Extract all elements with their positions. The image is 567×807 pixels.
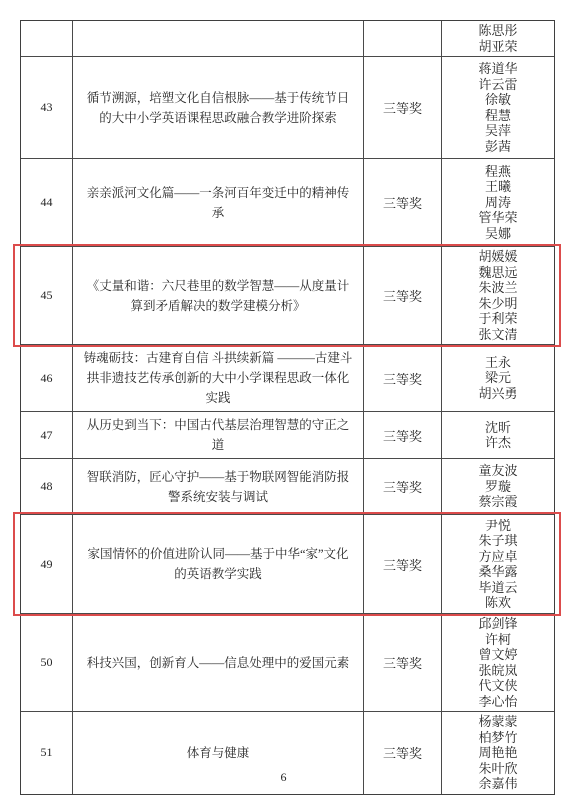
member-names: 胡媛媛魏思远朱波兰朱少明于利荣张文清 <box>441 247 554 344</box>
member-name: 胡亚荣 <box>478 39 517 55</box>
member-names: 陈思彤胡亚荣 <box>441 21 554 56</box>
member-names: 王永梁元胡兴勇 <box>441 345 554 411</box>
project-title <box>72 21 363 56</box>
table-row: 44 亲亲派河文化篇——一条河百年变迁中的精神传承 三等奖 程燕王曦周涛管华荣吴… <box>21 158 554 246</box>
award-table: 陈思彤胡亚荣 43 循节溯源，培塑文化自信根脉——基于传统节日的大中小学英语课程… <box>20 20 555 795</box>
award-level: 三等奖 <box>363 412 441 458</box>
member-name: 吴萍 <box>485 123 511 139</box>
table-row: 48 智联消防，匠心守护——基于物联网智能消防报警系统安装与调试 三等奖 童友波… <box>21 458 554 514</box>
row-number: 48 <box>21 459 72 514</box>
award-level: 三等奖 <box>363 614 441 711</box>
project-title: 循节溯源，培塑文化自信根脉——基于传统节日的大中小学英语课程思政融合教学进阶探索 <box>72 57 363 158</box>
member-name: 许柯 <box>485 632 511 648</box>
table-row: 43 循节溯源，培塑文化自信根脉——基于传统节日的大中小学英语课程思政融合教学进… <box>21 56 554 158</box>
table-row: 50 科技兴国，创新育人——信息处理中的爱国元素 三等奖 邱剑锋许柯曾文婷张皖岚… <box>21 613 554 711</box>
member-name: 沈昕 <box>485 420 511 436</box>
member-name: 胡媛媛 <box>478 249 517 265</box>
member-names: 尹悦朱子琪方应卓桑华露毕道云陈欢 <box>441 515 554 613</box>
member-name: 彭茜 <box>485 139 511 155</box>
member-name: 尹悦 <box>485 518 511 534</box>
member-names: 沈昕许杰 <box>441 412 554 458</box>
table-row-highlighted: 49 家国情怀的价值进阶认同——基于中华“家”文化的英语教学实践 三等奖 尹悦朱… <box>21 514 554 613</box>
member-name: 程慧 <box>485 108 511 124</box>
member-name: 柏梦竹 <box>478 730 517 746</box>
member-name: 蒋道华 <box>478 61 517 77</box>
member-name: 朱子琪 <box>478 533 517 549</box>
member-name: 毕道云 <box>478 580 517 596</box>
project-title: 从历史到当下：中国古代基层治理智慧的守正之道 <box>72 412 363 458</box>
member-name: 周涛 <box>485 195 511 211</box>
award-level: 三等奖 <box>363 57 441 158</box>
award-level: 三等奖 <box>363 247 441 344</box>
member-name: 桑华露 <box>478 564 517 580</box>
member-name: 朱波兰 <box>478 280 517 296</box>
row-number: 43 <box>21 57 72 158</box>
member-names: 蒋道华许云雷徐敏程慧吴萍彭茜 <box>441 57 554 158</box>
member-name: 徐敏 <box>485 92 511 108</box>
table-row-highlighted: 45 《丈量和谐：六尺巷里的数学智慧——从度量计算到矛盾解决的数学建模分析》 三… <box>21 246 554 344</box>
member-name: 胡兴勇 <box>478 386 517 402</box>
member-name: 蔡宗霞 <box>478 494 517 510</box>
member-name: 魏思远 <box>478 265 517 281</box>
member-name: 罗璇 <box>485 479 511 495</box>
member-name: 张皖岚 <box>478 663 517 679</box>
table-row: 47 从历史到当下：中国古代基层治理智慧的守正之道 三等奖 沈昕许杰 <box>21 411 554 458</box>
row-number: 49 <box>21 515 72 613</box>
row-number: 44 <box>21 159 72 246</box>
row-number: 46 <box>21 345 72 411</box>
member-name: 曾文婷 <box>478 647 517 663</box>
table-row: 46 铸魂砺技：古建育自信 斗拱续新篇 ———古建斗拱非遗技艺传承创新的大中小学… <box>21 344 554 411</box>
member-name: 代文侠 <box>478 678 517 694</box>
project-title: 家国情怀的价值进阶认同——基于中华“家”文化的英语教学实践 <box>72 515 363 613</box>
project-title: 科技兴国，创新育人——信息处理中的爱国元素 <box>72 614 363 711</box>
member-names: 童友波罗璇蔡宗霞 <box>441 459 554 514</box>
page-number: 6 <box>0 770 567 785</box>
member-names: 程燕王曦周涛管华荣吴娜 <box>441 159 554 246</box>
project-title: 亲亲派河文化篇——一条河百年变迁中的精神传承 <box>72 159 363 246</box>
member-name: 程燕 <box>485 164 511 180</box>
award-level: 三等奖 <box>363 159 441 246</box>
member-name: 李心怡 <box>478 694 517 710</box>
table-row: 陈思彤胡亚荣 <box>21 21 554 56</box>
row-number: 50 <box>21 614 72 711</box>
member-name: 陈欢 <box>485 595 511 611</box>
award-level: 三等奖 <box>363 515 441 613</box>
row-number: 45 <box>21 247 72 344</box>
row-number <box>21 21 72 56</box>
member-name: 朱少明 <box>478 296 517 312</box>
project-title: 铸魂砺技：古建育自信 斗拱续新篇 ———古建斗拱非遗技艺传承创新的大中小学课程思… <box>72 345 363 411</box>
member-name: 吴娜 <box>485 226 511 242</box>
row-number: 47 <box>21 412 72 458</box>
member-name: 方应卓 <box>478 549 517 565</box>
member-name: 王曦 <box>485 179 511 195</box>
award-level: 三等奖 <box>363 345 441 411</box>
member-name: 邱剑锋 <box>478 616 517 632</box>
award-level <box>363 21 441 56</box>
member-name: 许杰 <box>485 435 511 451</box>
member-name: 周艳艳 <box>478 745 517 761</box>
project-title: 《丈量和谐：六尺巷里的数学智慧——从度量计算到矛盾解决的数学建模分析》 <box>72 247 363 344</box>
member-name: 杨蒙蒙 <box>478 714 517 730</box>
member-name: 陈思彤 <box>478 23 517 39</box>
document-page: 陈思彤胡亚荣 43 循节溯源，培塑文化自信根脉——基于传统节日的大中小学英语课程… <box>0 0 567 807</box>
member-name: 张文清 <box>478 327 517 343</box>
member-name: 许云雷 <box>478 77 517 93</box>
member-name: 于利荣 <box>478 311 517 327</box>
member-name: 童友波 <box>478 463 517 479</box>
member-name: 管华荣 <box>478 210 517 226</box>
member-names: 邱剑锋许柯曾文婷张皖岚代文侠李心怡 <box>441 614 554 711</box>
award-level: 三等奖 <box>363 459 441 514</box>
project-title: 智联消防，匠心守护——基于物联网智能消防报警系统安装与调试 <box>72 459 363 514</box>
member-name: 王永 <box>485 355 511 371</box>
member-name: 梁元 <box>485 370 511 386</box>
